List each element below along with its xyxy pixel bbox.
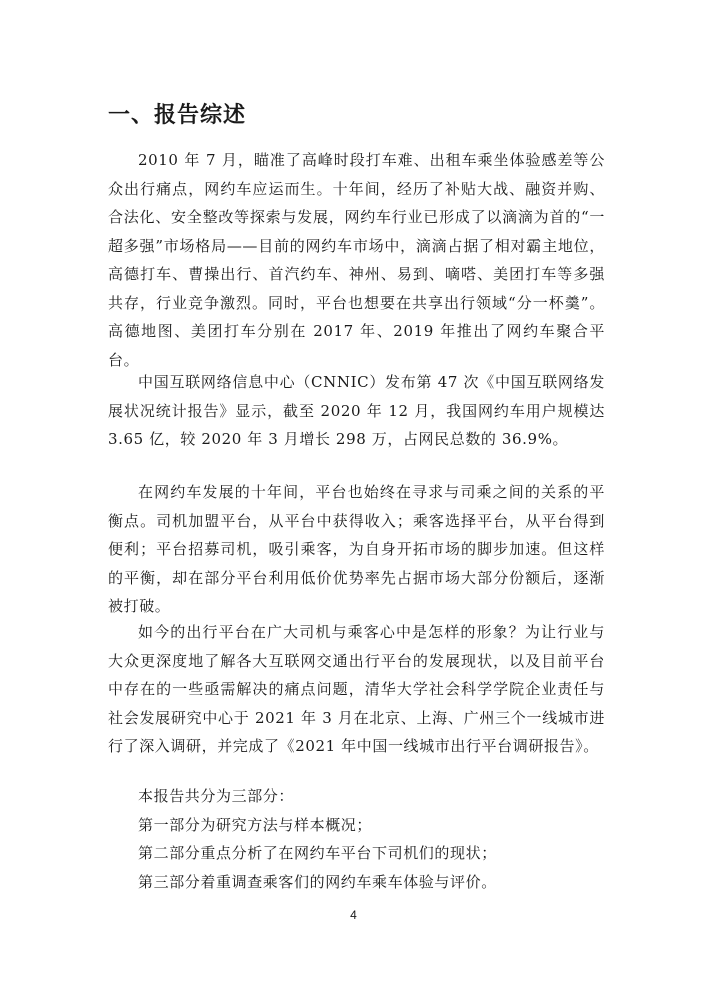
paragraph-cnnic-stats: 中国互联网络信息中心（CNNIC）发布第 47 次《中国互联网络发展状况统计报告… bbox=[108, 368, 605, 454]
section-heading: 一、报告综述 bbox=[108, 98, 246, 129]
paragraph-research: 如今的出行平台在广大司机与乘客心中是怎样的形象？为让行业与大众更深度地了解各大互… bbox=[108, 618, 605, 761]
list-item: 第一部分为研究方法与样本概况； bbox=[108, 811, 605, 840]
list-item: 第二部分重点分析了在网约车平台下司机们的现状； bbox=[108, 839, 605, 868]
list-item: 第三部分着重调查乘客们的网约车乘车体验与评价。 bbox=[108, 868, 605, 897]
paragraph-balance: 在网约车发展的十年间，平台也始终在寻求与司乘之间的关系的平衡点。司机加盟平台，从… bbox=[108, 478, 605, 621]
list-item: 本报告共分为三部分： bbox=[108, 782, 605, 811]
report-structure-list: 本报告共分为三部分： 第一部分为研究方法与样本概况； 第二部分重点分析了在网约车… bbox=[108, 782, 605, 896]
document-page: 一、报告综述 2010 年 7 月，瞄准了高峰时段打车难、出租车乘坐体验感差等公… bbox=[0, 0, 707, 1000]
paragraph-intro: 2010 年 7 月，瞄准了高峰时段打车难、出租车乘坐体验感差等公众出行痛点，网… bbox=[108, 146, 605, 374]
page-number: 4 bbox=[0, 908, 707, 922]
